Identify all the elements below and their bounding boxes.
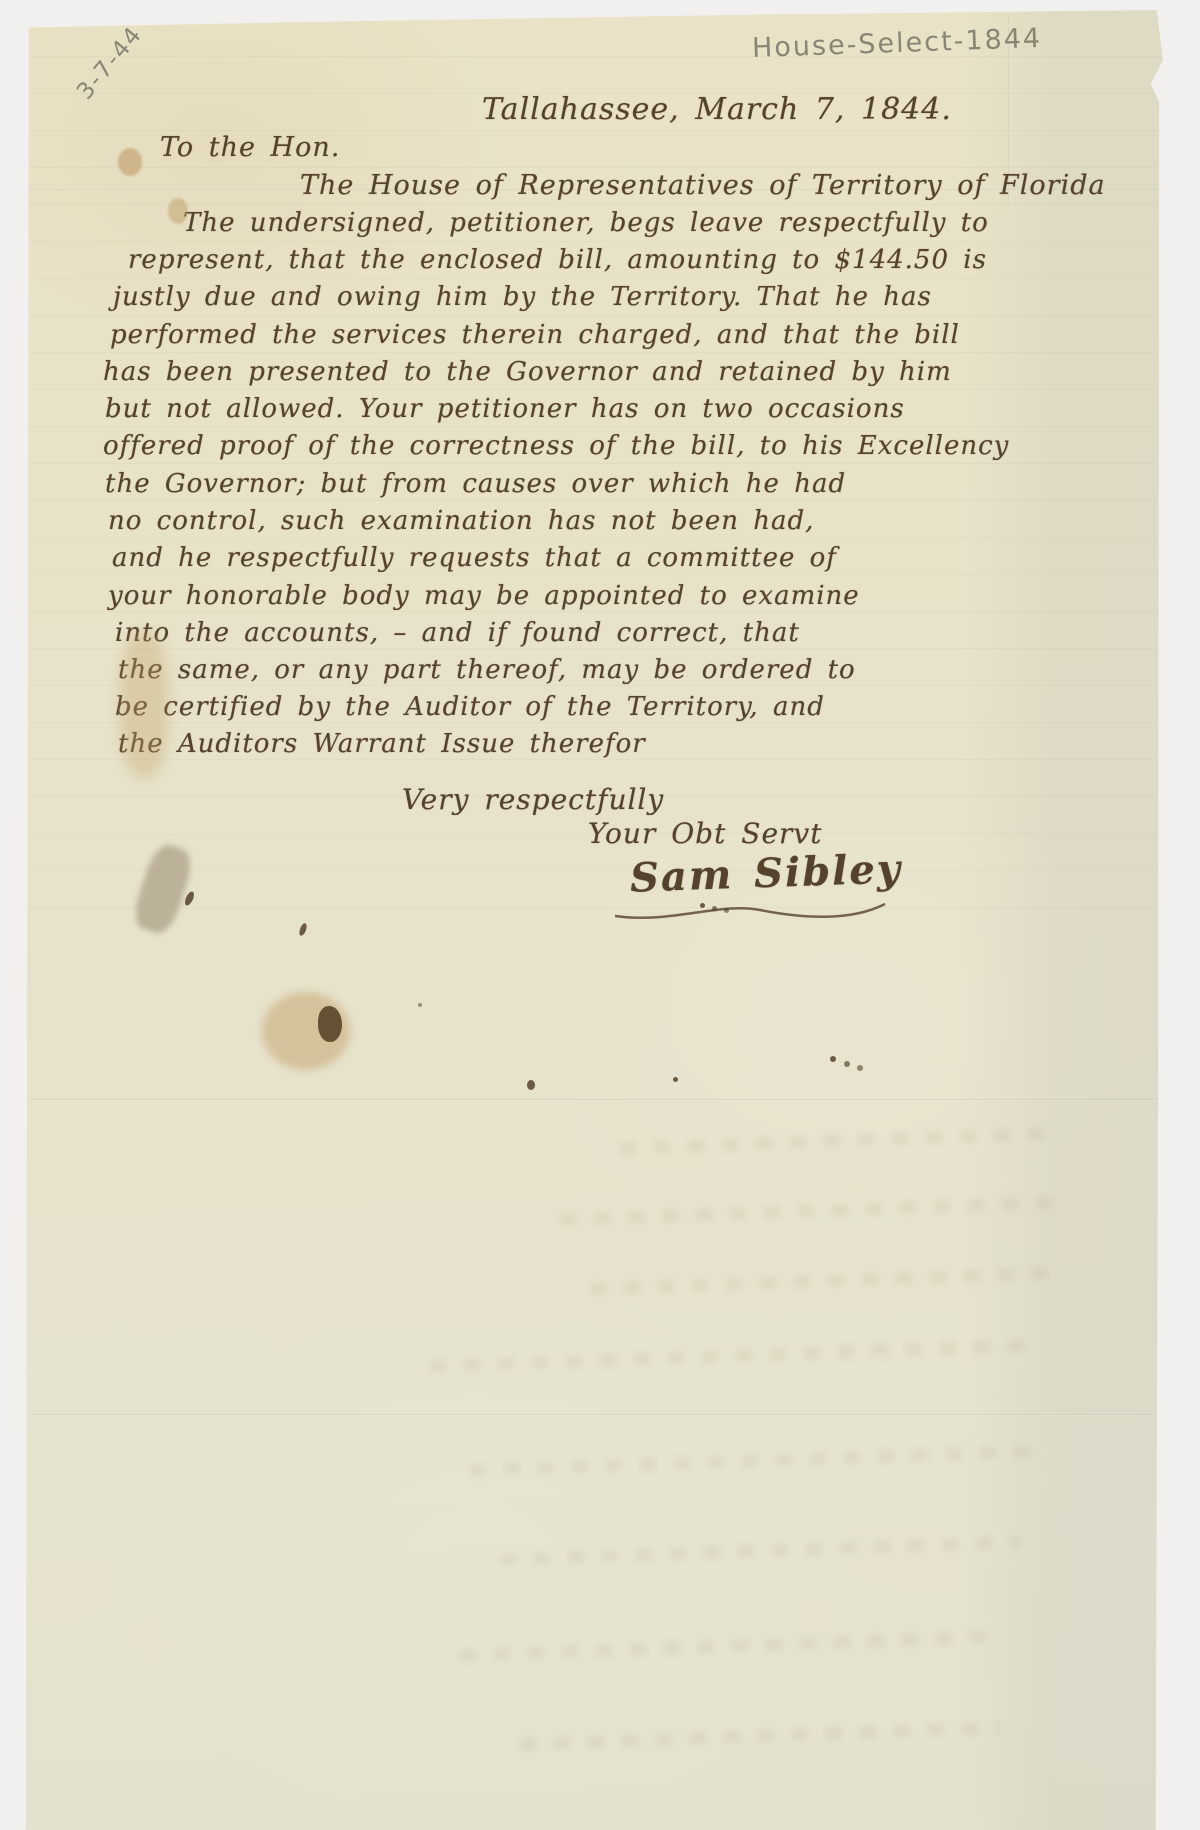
letter-paper-sheet: House-Select-1844 3-7-44 Tallahassee, Ma… xyxy=(0,0,1200,1830)
pencil-date-note: 3-7-44 xyxy=(72,21,148,104)
ink-speck xyxy=(830,1056,836,1062)
body-line: justly due and owing him by the Territor… xyxy=(113,282,932,312)
signature-flourish xyxy=(610,896,890,930)
bleed-through xyxy=(430,1340,1030,1373)
ink-blot xyxy=(318,1006,342,1042)
body-line: has been presented to the Governor and r… xyxy=(103,357,952,387)
body-line: into the accounts, – and if found correc… xyxy=(115,618,800,648)
body-line: no control, such examination has not bee… xyxy=(108,506,814,536)
bleed-through xyxy=(460,1631,1000,1662)
ink-speck xyxy=(673,1077,678,1082)
body-line: but not allowed. Your petitioner has on … xyxy=(105,394,905,424)
ink-speck xyxy=(527,1080,535,1090)
bleed-through xyxy=(590,1267,1050,1295)
body-line: the Auditors Warrant Issue therefor xyxy=(118,729,646,759)
bleed-through xyxy=(470,1445,1030,1477)
salutation-line-1: To the Hon. xyxy=(160,132,340,163)
closing-line-1: Very respectfully xyxy=(402,783,664,816)
ink-smear xyxy=(129,841,196,938)
closing-line-2: Your Obt Servt xyxy=(588,817,822,850)
signature: Sam Sibley xyxy=(629,845,902,901)
ink-speck xyxy=(700,903,705,908)
bleed-through xyxy=(520,1722,1000,1751)
fold-crease xyxy=(30,1099,1158,1101)
ink-speck xyxy=(183,890,196,907)
bleed-through xyxy=(500,1536,1020,1566)
bleed-through xyxy=(620,1128,1050,1155)
fold-crease xyxy=(30,1414,1158,1416)
ink-speck xyxy=(418,1003,422,1007)
dateline: Tallahassee, March 7, 1844. xyxy=(482,92,952,127)
stain xyxy=(118,148,142,176)
salutation-line-2: The House of Representatives of Territor… xyxy=(300,170,1106,201)
archival-note: House-Select-1844 xyxy=(752,23,1043,64)
body-line: represent, that the enclosed bill, amoun… xyxy=(128,245,987,275)
body-line: The undersigned, petitioner, begs leave … xyxy=(183,208,989,238)
body-line: performed the services therein charged, … xyxy=(110,320,960,350)
body-line: and he respectfully requests that a comm… xyxy=(112,543,837,573)
stain xyxy=(262,992,350,1070)
body-line: the same, or any part thereof, may be or… xyxy=(118,655,856,685)
body-line: offered proof of the correctness of the … xyxy=(103,431,1009,461)
body-line: your honorable body may be appointed to … xyxy=(108,581,860,611)
bleed-through xyxy=(560,1196,1060,1225)
ink-speck xyxy=(298,922,308,936)
body-line: the Governor; but from causes over which… xyxy=(105,469,846,499)
document-scan: House-Select-1844 3-7-44 Tallahassee, Ma… xyxy=(0,0,1200,1830)
body-line: be certified by the Auditor of the Terri… xyxy=(115,692,825,722)
